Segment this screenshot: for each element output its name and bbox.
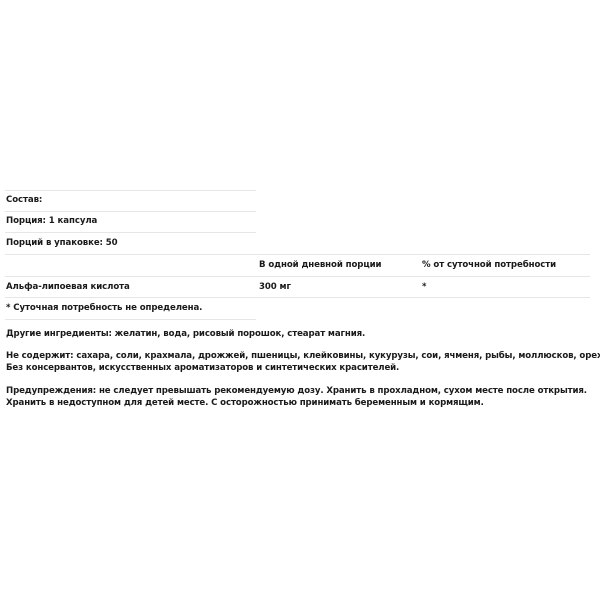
warnings-line-2: Хранить в недоступном для детей месте. С… [6, 398, 600, 410]
footnote: * Суточная потребность не определена. [6, 303, 202, 314]
divider [5, 276, 590, 277]
free-from-line-1: Не содержит: сахара, соли, крахмала, дро… [6, 351, 600, 363]
warnings-line-1: Предупреждения: не следует превышать рек… [6, 386, 600, 398]
ingredient-amount: 300 мг [259, 282, 291, 293]
divider [5, 211, 256, 212]
divider [5, 254, 590, 255]
composition-label: Состав: [6, 195, 42, 206]
serving-size: Порция: 1 капсула [6, 216, 97, 227]
ingredient-daily-value: * [422, 282, 426, 293]
divider [5, 319, 256, 320]
other-ingredients: Другие ингредиенты: желатин, вода, рисов… [6, 329, 600, 341]
divider [5, 190, 256, 191]
column-header-amount: В одной дневной порции [259, 260, 381, 271]
servings-per-container: Порций в упаковке: 50 [6, 238, 118, 249]
divider [5, 232, 256, 233]
ingredient-name: Альфа-липоевая кислота [6, 282, 130, 293]
free-from-line-2: Без консервантов, искусственных ароматиз… [6, 363, 600, 375]
divider [5, 297, 590, 298]
column-header-daily-value: % от суточной потребности [422, 260, 556, 271]
